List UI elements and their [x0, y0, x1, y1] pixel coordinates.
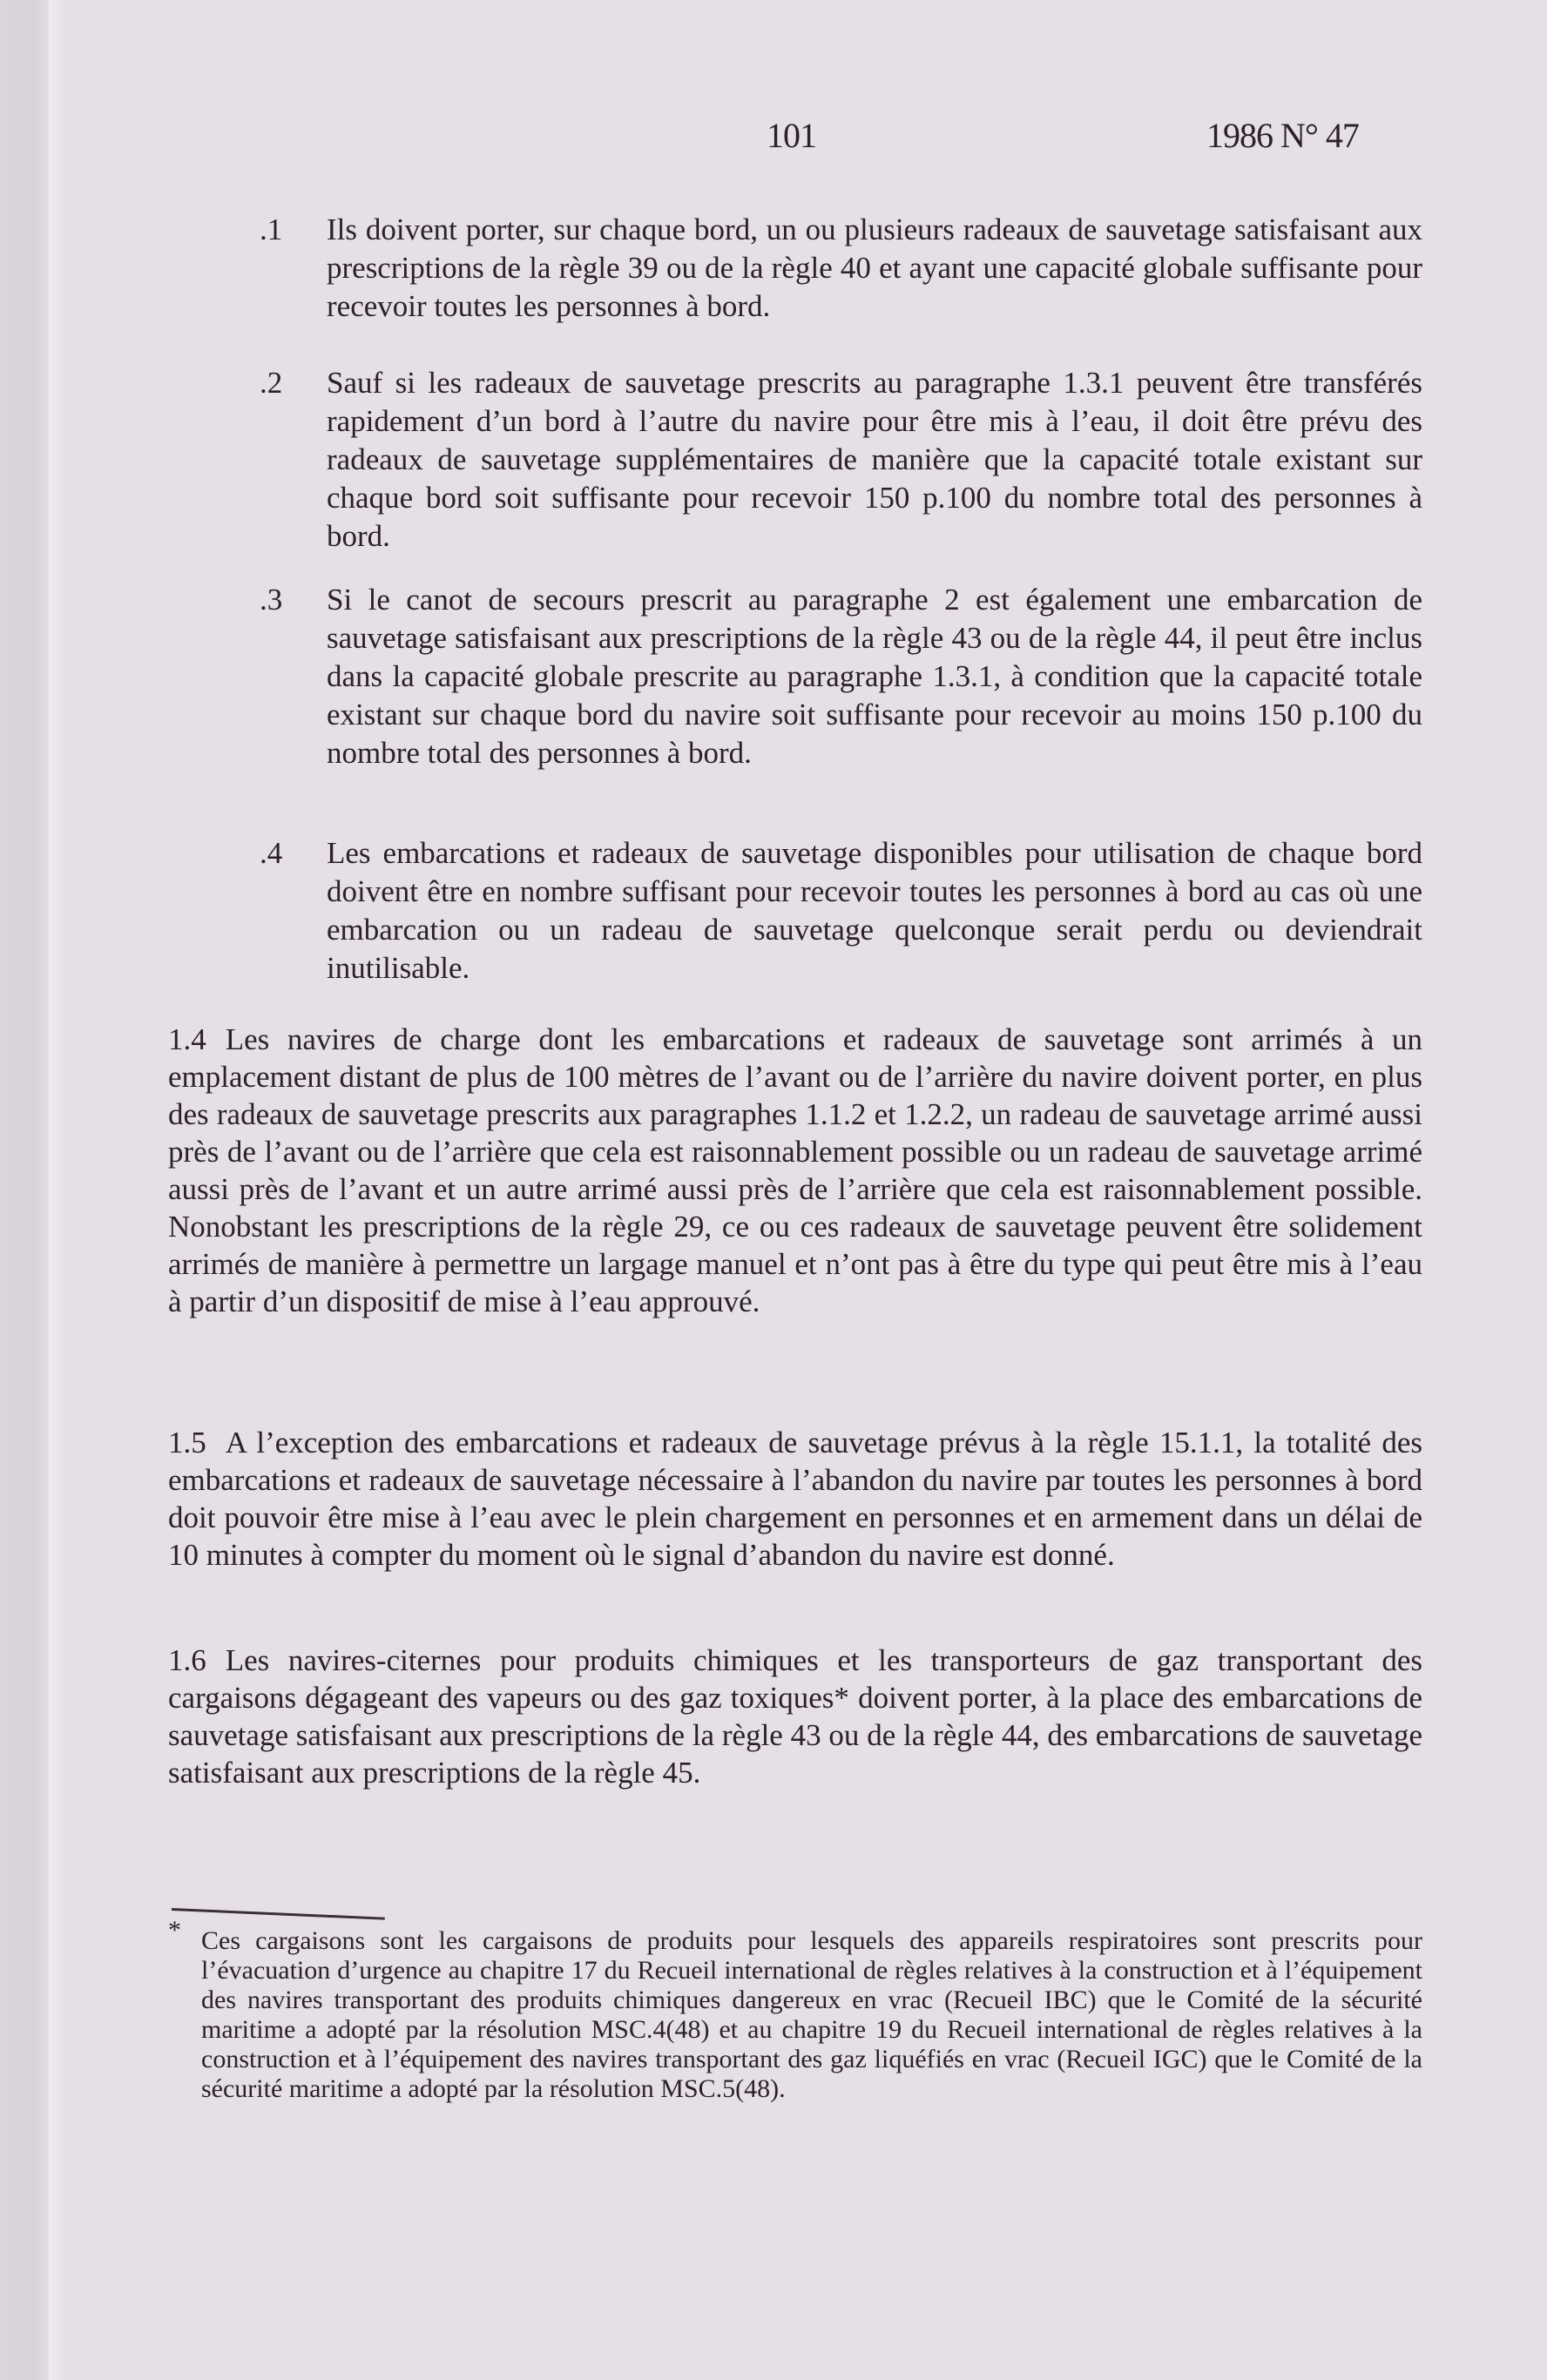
item-marker: .3 [260, 581, 321, 619]
item-marker: .1 [260, 211, 321, 249]
list-item: .4 Les embarcations et radeaux de sauvet… [260, 834, 1422, 988]
section-number: 1.6 [168, 1642, 206, 1679]
section-paragraph: 1.4Les navires de charge dont les embarc… [168, 1021, 1422, 1320]
item-text: Les embarcations et radeaux de sauvetage… [327, 834, 1422, 988]
list-item: .2 Sauf si les radeaux de sauvetage pres… [260, 364, 1422, 556]
section-paragraph: 1.5A l’exception des embarcations et rad… [168, 1424, 1422, 1574]
page-number: 101 [767, 115, 816, 156]
footnote: * Ces cargaisons sont les cargaisons de … [168, 1916, 1422, 2104]
item-text: Sauf si les radeaux de sauvetage prescri… [327, 364, 1422, 556]
list-item: .1 Ils doivent porter, sur chaque bord, … [260, 211, 1422, 326]
footnote-text: Ces cargaisons sont les cargaisons de pr… [201, 1916, 1422, 2104]
list-item: .3 Si le canot de secours prescrit au pa… [260, 581, 1422, 772]
section-text: A l’exception des embarcations et radeau… [168, 1426, 1422, 1572]
footnote-marker: * [168, 1916, 181, 1945]
item-text: Si le canot de secours prescrit au parag… [327, 581, 1422, 772]
item-marker: .4 [260, 834, 321, 873]
section-number: 1.5 [168, 1424, 206, 1461]
document-reference: 1986 N° 47 [1206, 115, 1359, 156]
item-text: Ils doivent porter, sur chaque bord, un … [327, 211, 1422, 326]
section-text: Les navires de charge dont les embarcati… [168, 1022, 1422, 1318]
item-marker: .2 [260, 364, 321, 402]
document-page: 101 1986 N° 47 .1 Ils doivent porter, su… [0, 0, 1547, 2380]
section-number: 1.4 [168, 1021, 206, 1058]
page-header: 101 1986 N° 47 [0, 115, 1547, 158]
section-paragraph: 1.6Les navires-citernes pour produits ch… [168, 1642, 1422, 1791]
section-text: Les navires-citernes pour produits chimi… [168, 1643, 1422, 1790]
